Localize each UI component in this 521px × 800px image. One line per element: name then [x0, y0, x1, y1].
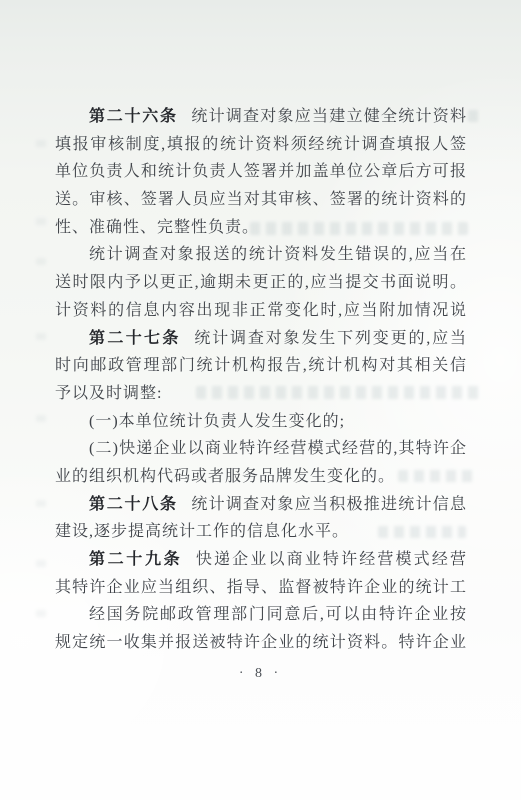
line-text: 其特许企业应当组织、指导、监督被特许企业的统计工作。: [55, 579, 467, 602]
scan-smudge: [36, 560, 46, 567]
text-line: 统计调查对象报送的统计资料发生错误的,应当在报: [55, 241, 467, 269]
text-line: 单位负责人和统计负责人签署并加盖单位公章后方可报: [55, 158, 467, 186]
text-line: 规定统一收集并报送被特许企业的统计资料。特许企业收: [55, 629, 467, 657]
text-line: 时向邮政管理部门统计机构报告,统计机构对其相关信息: [55, 352, 467, 380]
text-line: 第二十六条统计调查对象应当建立健全统计资料的: [55, 103, 467, 131]
text-line: 送时限内予以更正,逾期未更正的,应当提交书面说明。统: [55, 269, 467, 297]
line-text: 规定统一收集并报送被特许企业的统计资料。特许企业收: [55, 634, 467, 657]
line-text: 填报审核制度,填报的统计资料须经统计调查填报人签名,: [55, 136, 467, 159]
scan-smudge: [36, 415, 46, 422]
document-body: 第二十六条统计调查对象应当建立健全统计资料的 填报审核制度,填报的统计资料须经统…: [55, 103, 467, 657]
text-line: 第二十八条统计调查对象应当积极推进统计信息化: [55, 491, 467, 519]
text-line: 性、准确性、完整性负责。: [55, 214, 467, 242]
line-text: 建设,逐步提高统计工作的信息化水平。: [55, 523, 349, 540]
text-line: 填报审核制度,填报的统计资料须经统计调查填报人签名,: [55, 131, 467, 159]
line-text: 经国务院邮政管理部门同意后,可以由特许企业按照: [89, 606, 467, 629]
text-line: 其特许企业应当组织、指导、监督被特许企业的统计工作。: [55, 574, 467, 602]
line-text: 时向邮政管理部门统计机构报告,统计机构对其相关信息: [55, 357, 467, 380]
scanned-document-page: 第二十六条统计调查对象应当建立健全统计资料的 填报审核制度,填报的统计资料须经统…: [0, 0, 521, 800]
scan-smudge: [36, 610, 46, 617]
line-text: (二)快递企业以商业特许经营模式经营的,其特许企: [89, 440, 467, 457]
article-number: 第二十六条: [89, 108, 178, 125]
text-line: 计资料的信息内容出现非正常变化时,应当附加情况说明。: [55, 297, 467, 325]
line-text: 计资料的信息内容出现非正常变化时,应当附加情况说明。: [55, 302, 467, 325]
page-number-label: · 8 ·: [239, 666, 282, 681]
scan-smudge: [36, 258, 46, 265]
line-text: 统计调查对象报送的统计资料发生错误的,应当在报: [89, 246, 467, 269]
scan-smudge: [36, 140, 46, 147]
text-line: 第二十九条快递企业以商业特许经营模式经营的,: [55, 546, 467, 574]
line-text: 单位负责人和统计负责人签署并加盖单位公章后方可报: [55, 163, 467, 180]
text-line: 经国务院邮政管理部门同意后,可以由特许企业按照: [55, 601, 467, 629]
article-number: 第二十七条: [89, 330, 181, 347]
scan-smudge: [36, 218, 46, 225]
text-line: 送。审核、签署人员应当对其审核、签署的统计资料的真实: [55, 186, 467, 214]
text-line: (一)本单位统计负责人发生变化的;: [55, 408, 467, 436]
line-text: 性、准确性、完整性负责。: [55, 219, 259, 236]
scan-smudge: [36, 500, 46, 507]
text-line: 第二十七条统计调查对象发生下列变更的,应当及: [55, 325, 467, 353]
ink-bleedthrough-mark: [468, 110, 482, 122]
line-text: 送时限内予以更正,逾期未更正的,应当提交书面说明。统: [55, 274, 467, 297]
line-text: 业的组织机构代码或者服务品牌发生变化的。: [55, 468, 395, 485]
text-line: 业的组织机构代码或者服务品牌发生变化的。: [55, 463, 467, 491]
page-number: · 8 ·: [0, 666, 521, 682]
scan-smudge: [36, 333, 46, 340]
line-text: 送。审核、签署人员应当对其审核、签署的统计资料的真实: [55, 191, 467, 214]
line-text: (一)本单位统计负责人发生变化的;: [89, 413, 345, 430]
article-number: 第二十八条: [89, 496, 178, 513]
article-number: 第二十九条: [89, 551, 182, 568]
text-line: 予以及时调整:: [55, 380, 467, 408]
text-line: 建设,逐步提高统计工作的信息化水平。: [55, 518, 467, 546]
text-line: (二)快递企业以商业特许经营模式经营的,其特许企: [55, 435, 467, 463]
line-text: 予以及时调整:: [55, 385, 162, 402]
